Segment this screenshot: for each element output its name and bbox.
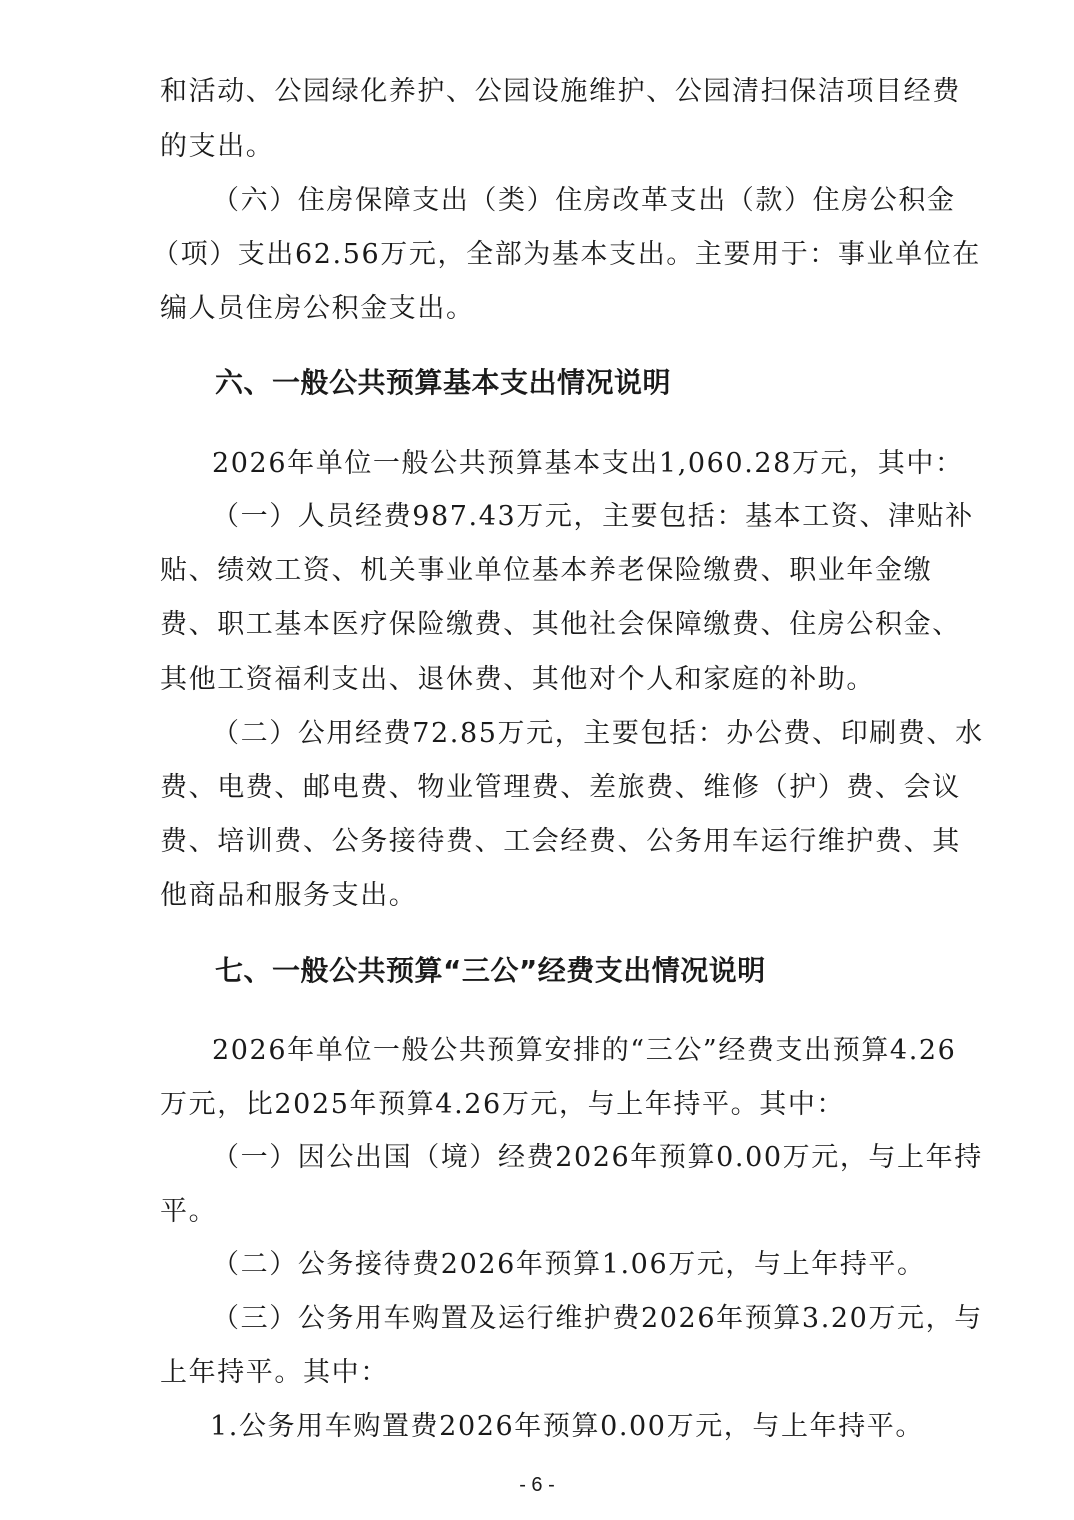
body-line: （项）支出62.56万元，全部为基本支出。主要用于：事业单位在 — [152, 237, 981, 273]
document-page: 和活动、公园绿化养护、公园设施维护、公园清扫保洁项目经费 的支出。 （六）住房保… — [0, 0, 1074, 1520]
body-line: （一）人员经费987.43万元，主要包括：基本工资、津贴补 — [212, 499, 974, 535]
body-line: （二）公务接待费2026年预算1.06万元，与上年持平。 — [212, 1247, 926, 1283]
page-number: - 6 - — [0, 1473, 1074, 1497]
section-heading-6: 六、一般公共预算基本支出情况说明 — [215, 365, 671, 401]
body-line: 2026年单位一般公共预算安排的“三公”经费支出预算4.26 — [212, 1033, 956, 1069]
body-line: （三）公务用车购置及运行维护费2026年预算3.20万元，与 — [212, 1301, 983, 1337]
body-line: 上年持平。其中： — [160, 1355, 389, 1391]
body-line: 平。 — [160, 1194, 217, 1230]
body-line: 费、电费、邮电费、物业管理费、差旅费、维修（护）费、会议 — [160, 770, 961, 806]
section-heading-7: 七、一般公共预算“三公”经费支出情况说明 — [215, 953, 766, 989]
body-line: （六）住房保障支出（类）住房改革支出（款）住房公积金 — [212, 183, 956, 219]
body-line: 万元，比2025年预算4.26万元，与上年持平。其中： — [160, 1087, 845, 1123]
body-line: （一）因公出国（境）经费2026年预算0.00万元，与上年持 — [212, 1140, 983, 1176]
body-line: 费、职工基本医疗保险缴费、其他社会保障缴费、住房公积金、 — [160, 607, 961, 643]
body-line: 2026年单位一般公共预算基本支出1,060.28万元，其中： — [212, 446, 964, 482]
body-line: 其他工资福利支出、退休费、其他对个人和家庭的补助。 — [160, 662, 875, 698]
body-line: 的支出。 — [160, 129, 274, 165]
body-line: 和活动、公园绿化养护、公园设施维护、公园清扫保洁项目经费 — [160, 74, 961, 110]
body-line: （二）公用经费72.85万元，主要包括：办公费、印刷费、水 — [212, 716, 984, 752]
body-line: 他商品和服务支出。 — [160, 878, 417, 914]
body-line: 1.公务用车购置费2026年预算0.00万元，与上年持平。 — [210, 1409, 924, 1445]
body-line: 费、培训费、公务接待费、工会经费、公务用车运行维护费、其 — [160, 824, 961, 860]
body-line: 贴、绩效工资、机关事业单位基本养老保险缴费、职业年金缴 — [160, 553, 932, 589]
body-line: 编人员住房公积金支出。 — [160, 291, 475, 327]
